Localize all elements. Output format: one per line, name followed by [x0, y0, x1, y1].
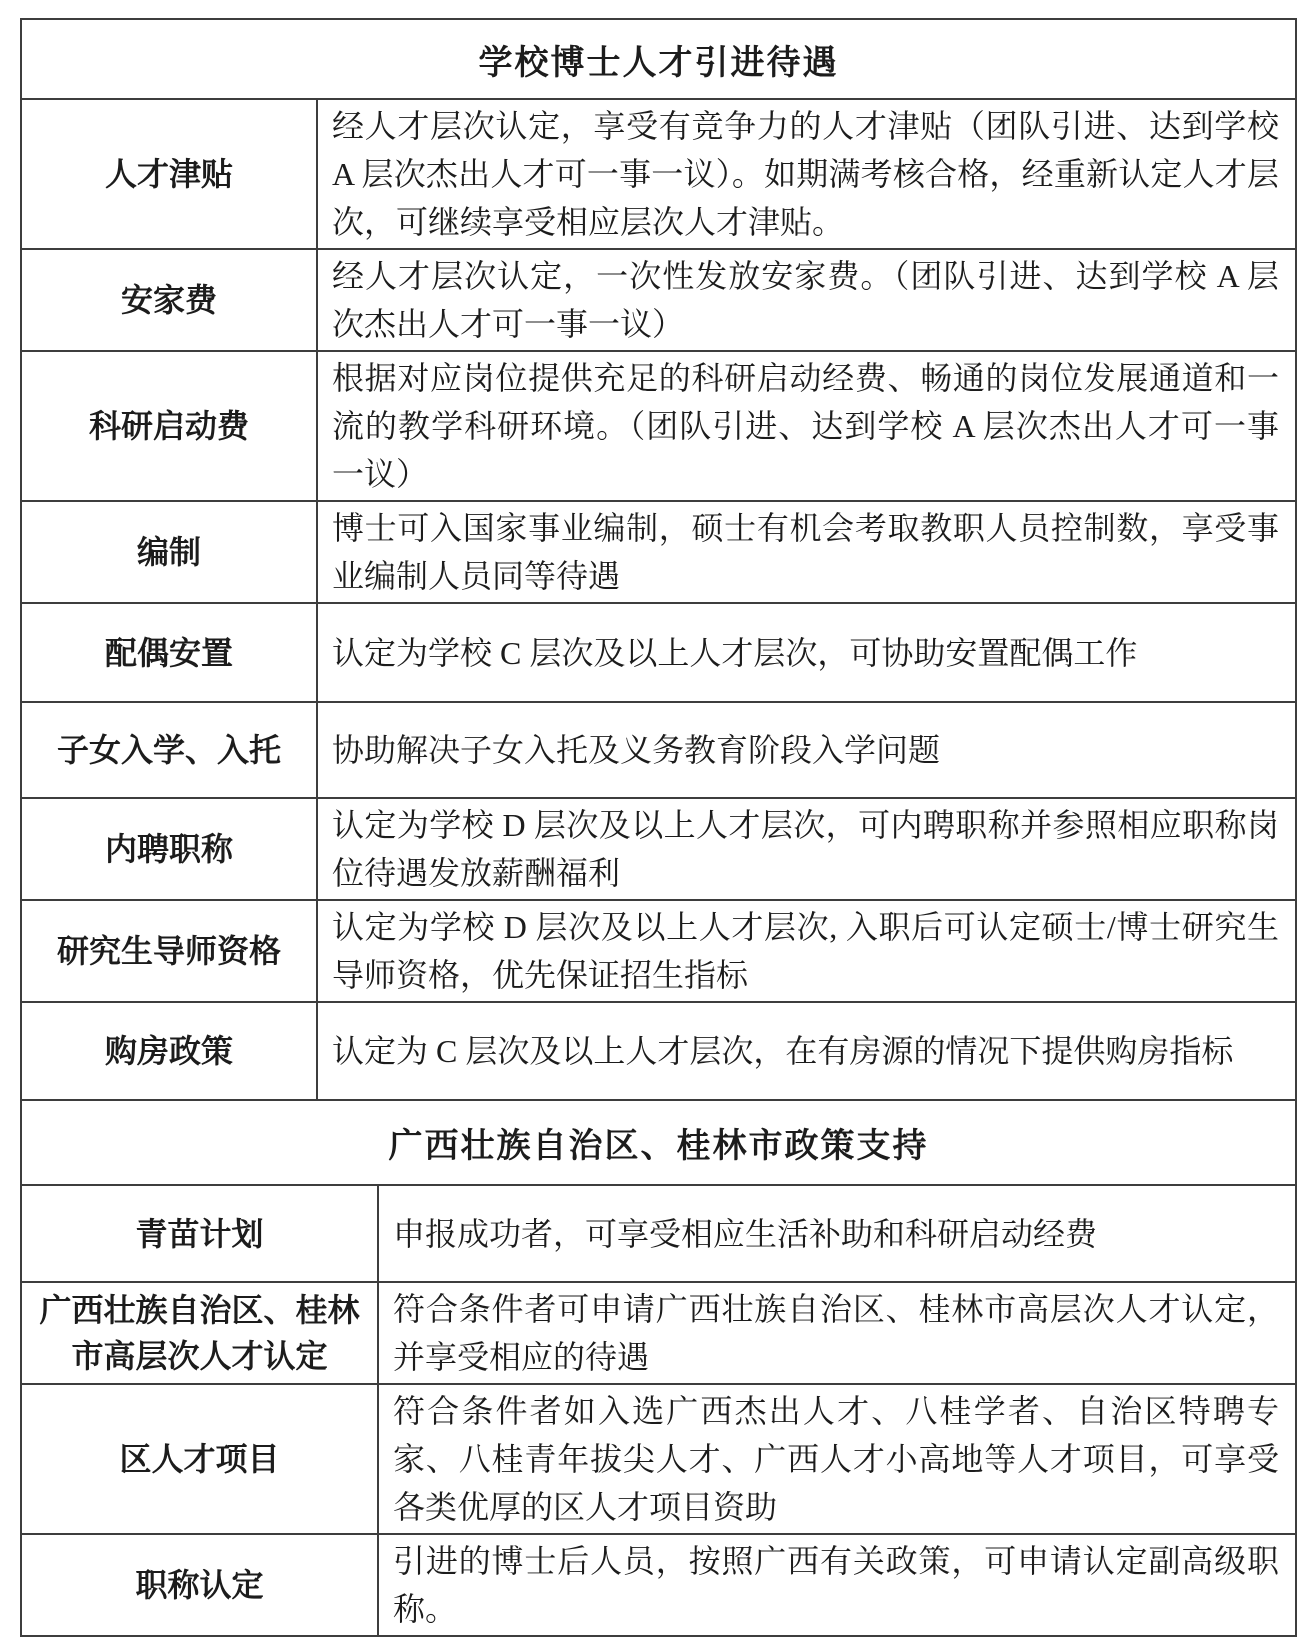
- row-label: 安家费: [121, 277, 217, 323]
- row-label: 研究生导师资格: [57, 928, 281, 974]
- row-content-cell: 协助解决子女入托及义务教育阶段入学问题: [318, 703, 1295, 797]
- row-content-cell: 经人才层次认定，一次性发放安家费。（团队引进、达到学校 A 层次杰出人才可一事一…: [318, 250, 1295, 350]
- row-content-cell: 认定为学校 C 层次及以上人才层次，可协助安置配偶工作: [318, 604, 1295, 701]
- row-content: 协助解决子女入托及义务教育阶段入学问题: [332, 726, 1279, 774]
- row-label-cell: 职称认定: [22, 1535, 379, 1635]
- benefits-table: 学校博士人才引进待遇 人才津贴 经人才层次认定，享受有竞争力的人才津贴（团队引进…: [20, 18, 1297, 1637]
- row-content: 根据对应岗位提供充足的科研启动经费、畅通的岗位发展通道和一流的教学科研环境。（团…: [332, 354, 1279, 498]
- row-label: 编制: [137, 529, 201, 575]
- table-row-talent-allowance: 人才津贴 经人才层次认定，享受有竞争力的人才津贴（团队引进、达到学校 A 层次杰…: [22, 100, 1295, 250]
- row-content-cell: 博士可入国家事业编制，硕士有机会考取教职人员控制数，享受事业编制人员同等待遇: [318, 502, 1295, 602]
- row-content-cell: 申报成功者，可享受相应生活补助和科研启动经费: [379, 1186, 1295, 1281]
- row-label: 职称认定: [135, 1562, 263, 1608]
- row-label: 区人才项目: [119, 1436, 279, 1482]
- document-page: 学校博士人才引进待遇 人才津贴 经人才层次认定，享受有竞争力的人才津贴（团队引进…: [0, 0, 1315, 1624]
- row-label: 内聘职称: [105, 826, 233, 872]
- table-row-settling-fee: 安家费 经人才层次认定，一次性发放安家费。（团队引进、达到学校 A 层次杰出人才…: [22, 250, 1295, 352]
- table-row-staffing: 编制 博士可入国家事业编制，硕士有机会考取教职人员控制数，享受事业编制人员同等待…: [22, 502, 1295, 604]
- row-label: 青苗计划: [135, 1211, 263, 1257]
- table-row-high-level-talent-recognition: 广西壮族自治区、桂林市高层次人才认定 符合条件者可申请广西壮族自治区、桂林市高层…: [22, 1283, 1295, 1385]
- row-label-cell: 内聘职称: [22, 799, 318, 899]
- table-row-spouse-placement: 配偶安置 认定为学校 C 层次及以上人才层次，可协助安置配偶工作: [22, 604, 1295, 703]
- row-content-cell: 根据对应岗位提供充足的科研启动经费、畅通的岗位发展通道和一流的教学科研环境。（团…: [318, 352, 1295, 500]
- row-content-cell: 经人才层次认定，享受有竞争力的人才津贴（团队引进、达到学校 A 层次杰出人才可一…: [318, 100, 1295, 248]
- row-label-cell: 编制: [22, 502, 318, 602]
- row-content: 认定为学校 D 层次及以上人才层次，可内聘职称并参照相应职称岗位待遇发放薪酬福利: [332, 801, 1279, 897]
- row-label-cell: 子女入学、入托: [22, 703, 318, 797]
- table-row-title-recognition: 职称认定 引进的博士后人员，按照广西有关政策，可申请认定副高级职称。: [22, 1535, 1295, 1635]
- row-label-cell: 青苗计划: [22, 1186, 379, 1281]
- table-row-research-startup-fund: 科研启动费 根据对应岗位提供充足的科研启动经费、畅通的岗位发展通道和一流的教学科…: [22, 352, 1295, 502]
- row-content: 经人才层次认定，一次性发放安家费。（团队引进、达到学校 A 层次杰出人才可一事一…: [332, 252, 1279, 348]
- table-row-supervisor-qualification: 研究生导师资格 认定为学校 D 层次及以上人才层次, 入职后可认定硕士/博士研究…: [22, 901, 1295, 1003]
- table-row-qingmiao-plan: 青苗计划 申报成功者，可享受相应生活补助和科研启动经费: [22, 1186, 1295, 1283]
- section-2-header-row: 广西壮族自治区、桂林市政策支持: [22, 1101, 1295, 1186]
- row-label-cell: 配偶安置: [22, 604, 318, 701]
- row-content-cell: 认定为学校 D 层次及以上人才层次, 入职后可认定硕士/博士研究生导师资格，优先…: [318, 901, 1295, 1001]
- row-content: 符合条件者可申请广西壮族自治区、桂林市高层次人才认定，并享受相应的待遇: [393, 1285, 1279, 1381]
- table-row-regional-talent-projects: 区人才项目 符合条件者如入选广西杰出人才、八桂学者、自治区特聘专家、八桂青年拔尖…: [22, 1385, 1295, 1535]
- row-label: 购房政策: [105, 1028, 233, 1074]
- section-1-header-row: 学校博士人才引进待遇: [22, 20, 1295, 100]
- row-content: 引进的博士后人员，按照广西有关政策，可申请认定副高级职称。: [393, 1537, 1279, 1633]
- row-content: 认定为学校 C 层次及以上人才层次，可协助安置配偶工作: [332, 629, 1279, 677]
- row-content: 符合条件者如入选广西杰出人才、八桂学者、自治区特聘专家、八桂青年拔尖人才、广西人…: [393, 1387, 1279, 1531]
- row-content-cell: 符合条件者如入选广西杰出人才、八桂学者、自治区特聘专家、八桂青年拔尖人才、广西人…: [379, 1385, 1295, 1533]
- row-label-cell: 区人才项目: [22, 1385, 379, 1533]
- row-label-cell: 购房政策: [22, 1003, 318, 1099]
- row-content-cell: 认定为 C 层次及以上人才层次，在有房源的情况下提供购房指标: [318, 1003, 1295, 1099]
- row-content: 认定为学校 D 层次及以上人才层次, 入职后可认定硕士/博士研究生导师资格，优先…: [332, 903, 1279, 999]
- row-label: 人才津贴: [105, 151, 233, 197]
- row-content: 博士可入国家事业编制，硕士有机会考取教职人员控制数，享受事业编制人员同等待遇: [332, 504, 1279, 600]
- row-content: 经人才层次认定，享受有竞争力的人才津贴（团队引进、达到学校 A 层次杰出人才可一…: [332, 102, 1279, 246]
- row-label: 广西壮族自治区、桂林市高层次人才认定: [30, 1287, 369, 1379]
- row-label: 子女入学、入托: [57, 727, 281, 773]
- section-1-title: 学校博士人才引进待遇: [479, 35, 839, 84]
- row-content-cell: 引进的博士后人员，按照广西有关政策，可申请认定副高级职称。: [379, 1535, 1295, 1635]
- row-label-cell: 科研启动费: [22, 352, 318, 500]
- row-label-cell: 研究生导师资格: [22, 901, 318, 1001]
- row-content-cell: 符合条件者可申请广西壮族自治区、桂林市高层次人才认定，并享受相应的待遇: [379, 1283, 1295, 1383]
- row-content: 申报成功者，可享受相应生活补助和科研启动经费: [393, 1210, 1279, 1258]
- table-row-children-schooling: 子女入学、入托 协助解决子女入托及义务教育阶段入学问题: [22, 703, 1295, 799]
- row-label-cell: 广西壮族自治区、桂林市高层次人才认定: [22, 1283, 379, 1383]
- row-label: 配偶安置: [105, 630, 233, 676]
- row-content: 认定为 C 层次及以上人才层次，在有房源的情况下提供购房指标: [332, 1027, 1279, 1075]
- section-2-title: 广西壮族自治区、桂林市政策支持: [389, 1118, 929, 1167]
- table-row-housing-policy: 购房政策 认定为 C 层次及以上人才层次，在有房源的情况下提供购房指标: [22, 1003, 1295, 1101]
- row-label-cell: 安家费: [22, 250, 318, 350]
- row-content-cell: 认定为学校 D 层次及以上人才层次，可内聘职称并参照相应职称岗位待遇发放薪酬福利: [318, 799, 1295, 899]
- row-label-cell: 人才津贴: [22, 100, 318, 248]
- table-row-internal-title: 内聘职称 认定为学校 D 层次及以上人才层次，可内聘职称并参照相应职称岗位待遇发…: [22, 799, 1295, 901]
- row-label: 科研启动费: [89, 403, 249, 449]
